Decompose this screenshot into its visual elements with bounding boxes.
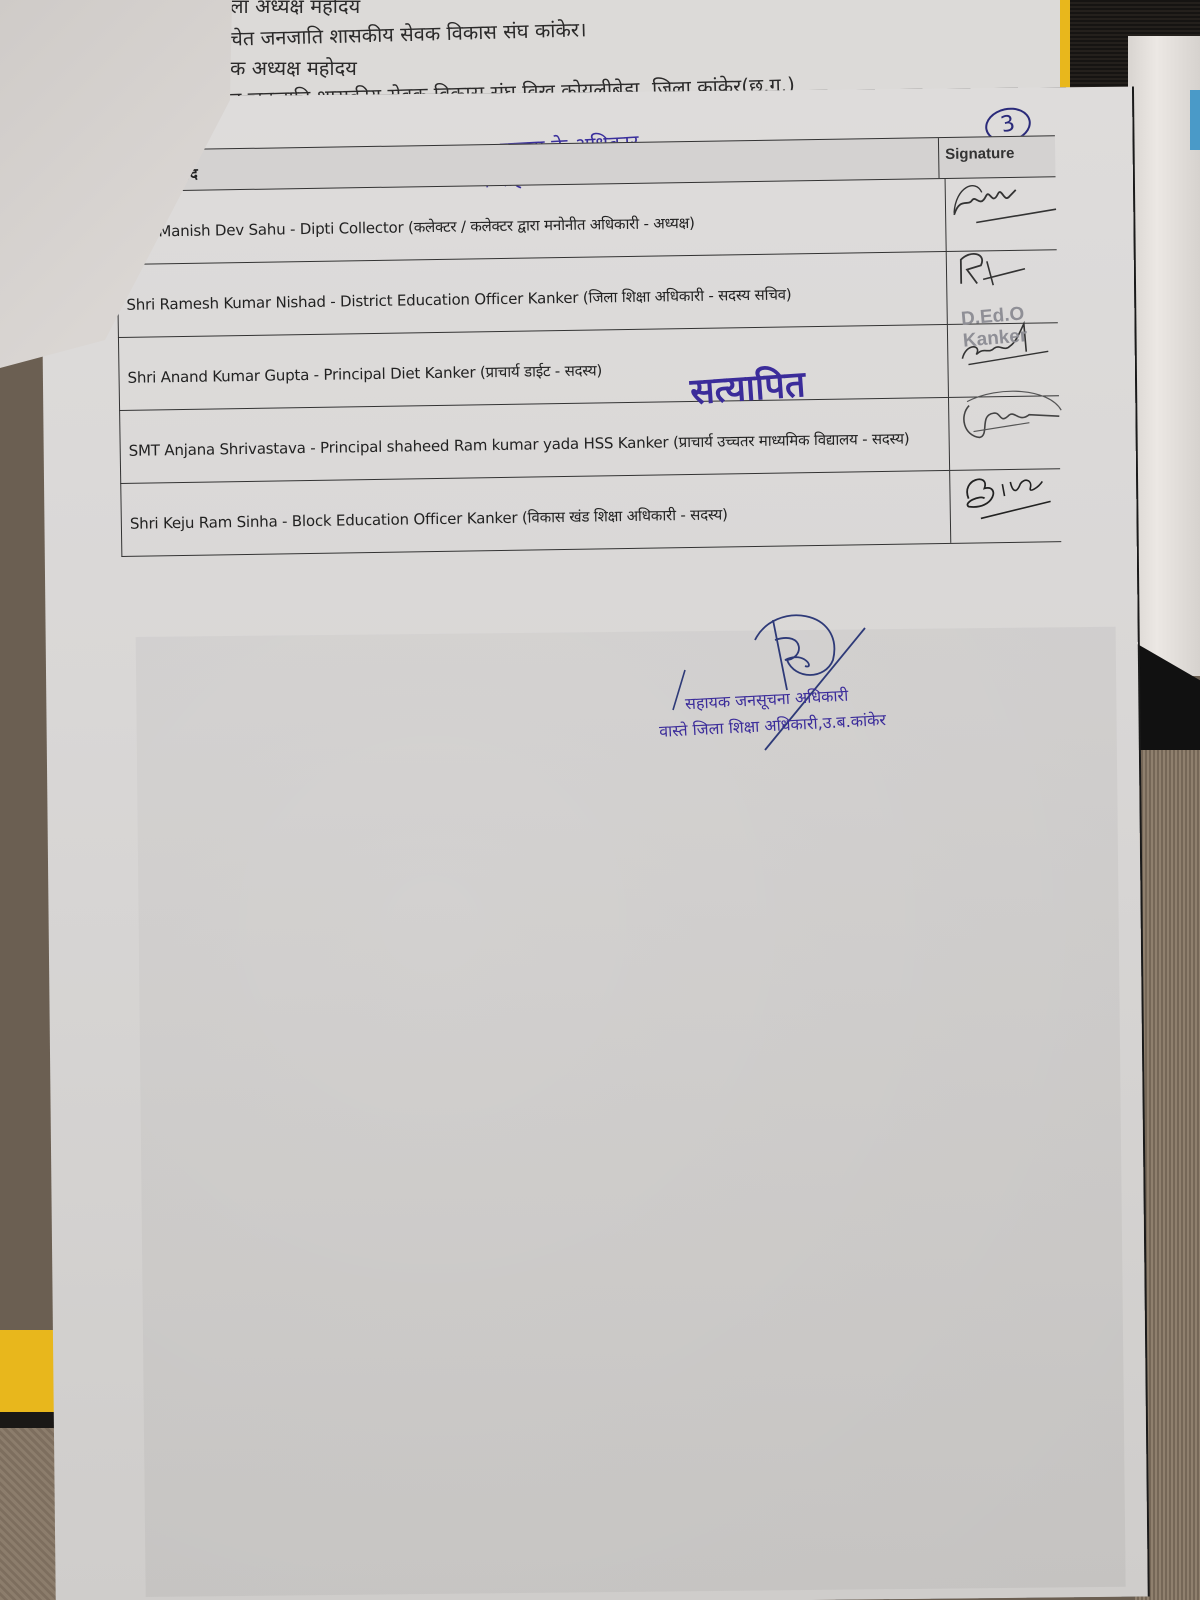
signature-icon [950, 457, 1071, 539]
signature-cell [949, 469, 1061, 543]
verified-stamp: सत्यापित [688, 358, 806, 415]
officer-stamp-block: सहायक जनसूचना अधिकारी वास्ते जिला शिक्षा… [655, 600, 995, 770]
member-name: Shri Anand Kumar Gupta - Principal Diet … [119, 325, 948, 410]
background-blue-edge [1190, 90, 1200, 150]
table-row: Shri Keju Ram Sinha - Block Education Of… [120, 469, 1061, 557]
signature-icon [945, 165, 1066, 247]
background-yellow-left [0, 1330, 60, 1415]
paper-texture [136, 627, 1126, 1597]
member-name: Shri Ramesh Kumar Nishad - District Educ… [118, 252, 947, 337]
member-name: Shri Keju Ram Sinha - Block Education Of… [121, 471, 950, 556]
committee-table: एवं पद Signature Shri Manish Dev Sahu - … [115, 135, 1061, 557]
signature-icon [949, 384, 1070, 466]
background-black-strip [0, 1412, 60, 1428]
member-name: SMT Anjana Shrivastava - Principal shahe… [120, 398, 949, 483]
under-page-line: क अध्यक्ष महोदय [230, 54, 357, 81]
member-name: Shri Manish Dev Sahu - Dipti Collector (… [117, 179, 946, 264]
under-page-line: ला अध्यक्ष महोदय [230, 0, 360, 19]
deo-kanker-stamp: D.Ed.O Kanker [960, 303, 1028, 352]
